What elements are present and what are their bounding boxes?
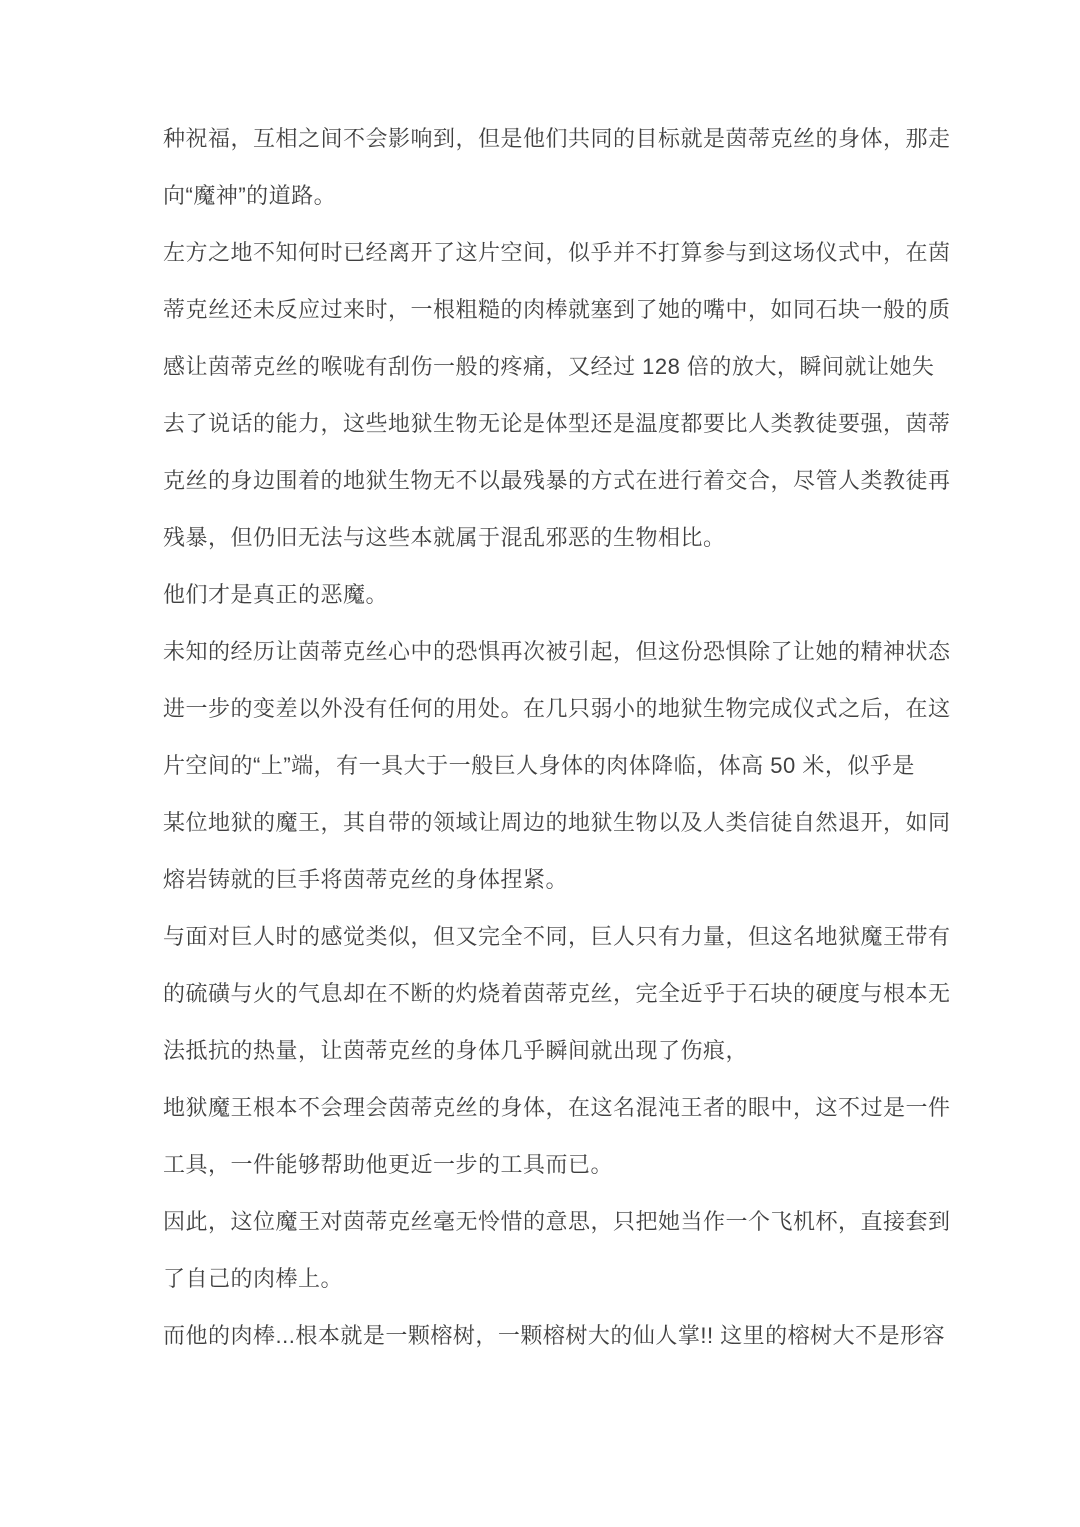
paragraph: 地狱魔王根本不会理会茵蒂克丝的身体，在这名混沌王者的眼中，这不过是一件工具，一件… [163, 1079, 953, 1193]
text-line: 而他的肉棒...根本就是一颗榕树，一颗榕树大的仙人掌!! 这里的榕树大不是形容 [163, 1307, 953, 1364]
text-line: 地狱魔王根本不会理会茵蒂克丝的身体，在这名混沌王者的眼中，这不过是一件 [163, 1079, 953, 1136]
text-line: 因此，这位魔王对茵蒂克丝毫无怜惜的意思，只把她当作一个飞机杯，直接套到 [163, 1193, 953, 1250]
text-line: 工具，一件能够帮助他更近一步的工具而已。 [163, 1136, 953, 1193]
text-line: 向“魔神”的道路。 [163, 167, 953, 224]
text-line: 片空间的“上”端，有一具大于一般巨人身体的肉体降临，体高 50 米，似乎是 [163, 737, 953, 794]
text-line: 与面对巨人时的感觉类似，但又完全不同，巨人只有力量，但这名地狱魔王带有 [163, 908, 953, 965]
text-line: 他们才是真正的恶魔。 [163, 566, 953, 623]
paragraph: 他们才是真正的恶魔。 [163, 566, 953, 623]
text-line: 蒂克丝还未反应过来时，一根粗糙的肉棒就塞到了她的嘴中，如同石块一般的质 [163, 281, 953, 338]
text-line: 种祝福，互相之间不会影响到，但是他们共同的目标就是茵蒂克丝的身体，那走 [163, 110, 953, 167]
text-line: 的硫磺与火的气息却在不断的灼烧着茵蒂克丝，完全近乎于石块的硬度与根本无 [163, 965, 953, 1022]
paragraph: 未知的经历让茵蒂克丝心中的恐惧再次被引起，但这份恐惧除了让她的精神状态进一步的变… [163, 623, 953, 908]
text-line: 去了说话的能力，这些地狱生物无论是体型还是温度都要比人类教徒要强，茵蒂 [163, 395, 953, 452]
paragraph: 种祝福，互相之间不会影响到，但是他们共同的目标就是茵蒂克丝的身体，那走向“魔神”… [163, 110, 953, 224]
paragraph: 与面对巨人时的感觉类似，但又完全不同，巨人只有力量，但这名地狱魔王带有的硫磺与火… [163, 908, 953, 1079]
paragraph: 因此，这位魔王对茵蒂克丝毫无怜惜的意思，只把她当作一个飞机杯，直接套到了自己的肉… [163, 1193, 953, 1307]
paragraph: 左方之地不知何时已经离开了这片空间，似乎并不打算参与到这场仪式中，在茵蒂克丝还未… [163, 224, 953, 566]
text-line: 某位地狱的魔王，其自带的领域让周边的地狱生物以及人类信徒自然退开，如同 [163, 794, 953, 851]
text-line: 了自己的肉棒上。 [163, 1250, 953, 1307]
text-line: 未知的经历让茵蒂克丝心中的恐惧再次被引起，但这份恐惧除了让她的精神状态 [163, 623, 953, 680]
text-line: 感让茵蒂克丝的喉咙有刮伤一般的疼痛，又经过 128 倍的放大，瞬间就让她失 [163, 338, 953, 395]
text-line: 左方之地不知何时已经离开了这片空间，似乎并不打算参与到这场仪式中，在茵 [163, 224, 953, 281]
text-line: 克丝的身边围着的地狱生物无不以最残暴的方式在进行着交合，尽管人类教徒再 [163, 452, 953, 509]
text-line: 熔岩铸就的巨手将茵蒂克丝的身体捏紧。 [163, 851, 953, 908]
paragraph: 而他的肉棒...根本就是一颗榕树，一颗榕树大的仙人掌!! 这里的榕树大不是形容 [163, 1307, 953, 1364]
text-block: 种祝福，互相之间不会影响到，但是他们共同的目标就是茵蒂克丝的身体，那走向“魔神”… [163, 110, 953, 1364]
text-line: 进一步的变差以外没有任何的用处。在几只弱小的地狱生物完成仪式之后，在这 [163, 680, 953, 737]
text-line: 法抵抗的热量，让茵蒂克丝的身体几乎瞬间就出现了伤痕， [163, 1022, 953, 1079]
document-page: 种祝福，互相之间不会影响到，但是他们共同的目标就是茵蒂克丝的身体，那走向“魔神”… [0, 0, 1080, 1527]
text-line: 残暴，但仍旧无法与这些本就属于混乱邪恶的生物相比。 [163, 509, 953, 566]
